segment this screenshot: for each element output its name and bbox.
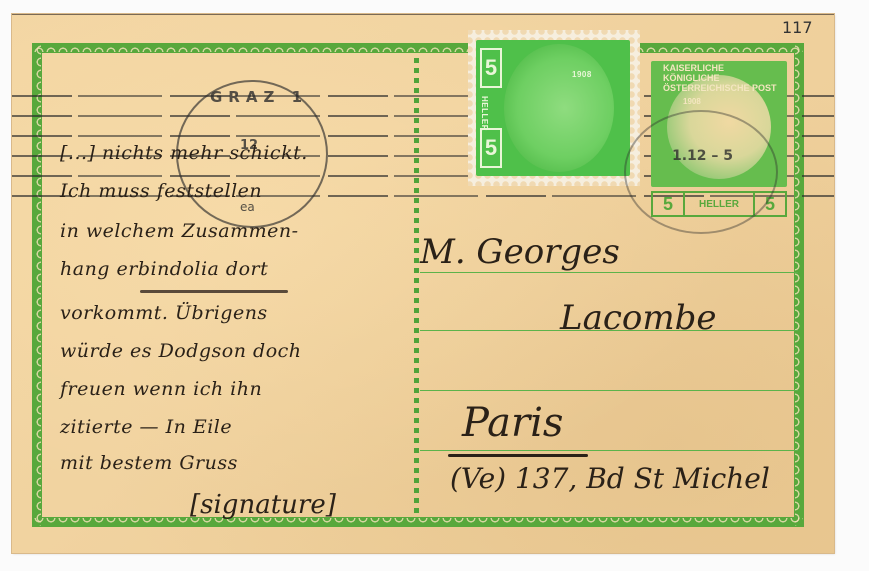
signature: [signature]	[190, 490, 336, 520]
message-line: freuen wenn ich ihn	[60, 378, 262, 400]
recipient-city: Paris	[462, 400, 563, 446]
address-line	[420, 272, 798, 273]
recipient-surname: Lacombe	[560, 298, 717, 338]
message-line: [...] nichts mehr schickt.	[60, 142, 308, 164]
stamp-currency: HELLER	[480, 96, 489, 131]
adhesive-stamp: 5 5 HELLER 1908	[468, 30, 640, 186]
city-underline	[448, 454, 588, 457]
postmark-code: ea	[240, 200, 255, 214]
imprint-inscription: KAISERLICHE KÖNIGLICHE ÖSTERREICHISCHE P…	[663, 63, 781, 93]
underline-stroke	[140, 290, 288, 293]
postmark-date-right: 1.12 – 5	[672, 148, 733, 164]
address-line	[420, 450, 798, 451]
recipient-street: (Ve) 137, Bd St Michel	[450, 462, 770, 495]
message-line: in welchem Zusammen-	[60, 220, 299, 242]
stamp-value-top: 5	[480, 48, 502, 88]
imprint-year: 1908	[683, 97, 701, 106]
dotted-divider	[414, 58, 419, 518]
stamp-year: 1908	[572, 70, 592, 79]
message-line: Ich muss feststellen	[60, 180, 262, 202]
message-line: vorkommt. Übrigens	[60, 302, 268, 324]
postmark-city: GRAZ 1	[210, 88, 308, 106]
message-line: zitierte — In Eile	[60, 416, 232, 438]
archive-number: 117	[782, 18, 813, 37]
address-line	[420, 390, 798, 391]
message-line: würde es Dodgson doch	[60, 340, 302, 362]
recipient-name: M. Georges	[420, 232, 620, 272]
emperor-portrait-icon	[504, 44, 614, 172]
message-line: mit bestem Gruss	[60, 452, 238, 474]
stamp-design: 5 5 HELLER 1908	[476, 40, 630, 176]
stamp-value-bottom: 5	[480, 128, 502, 168]
message-line: hang erbindolia dort	[60, 258, 268, 280]
postmark-circle-right	[624, 110, 778, 234]
